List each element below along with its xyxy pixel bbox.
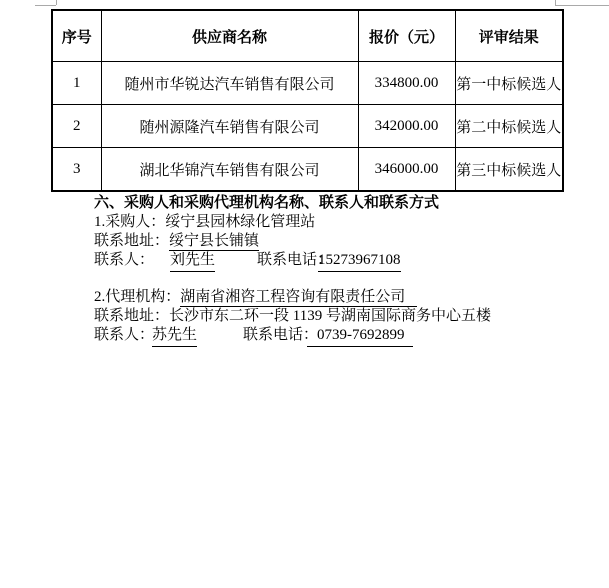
cell-price: 342000.00 bbox=[358, 105, 455, 148]
cell-supplier: 湖北华锦汽车销售有限公司 bbox=[101, 148, 358, 192]
table-row: 1 随州市华锐达汽车销售有限公司 334800.00 第一中标候选人 bbox=[52, 62, 563, 105]
purchaser-phone-number: 15273967108 bbox=[318, 251, 401, 272]
purchaser-contact-name: 刘先生 bbox=[170, 251, 215, 272]
cell-result: 第三中标候选人 bbox=[455, 148, 563, 192]
col-header-price: 报价（元） bbox=[358, 10, 455, 62]
agency-contact-line: 联系人： 苏先生 联系电话： 0739-7692899 bbox=[94, 326, 584, 345]
cell-price: 346000.00 bbox=[358, 148, 455, 192]
purchaser-name: 绥宁县园林绿化管理站 bbox=[165, 214, 315, 230]
text-boundary-mark-topleft-vertical bbox=[56, 0, 57, 5]
purchaser-address-line: 联系地址：绥宁县长铺镇 bbox=[94, 232, 584, 251]
agency-label: 2.代理机构： bbox=[94, 289, 180, 305]
bid-candidates-table: 序号 供应商名称 报价（元） 评审结果 1 随州市华锐达汽车销售有限公司 334… bbox=[51, 9, 564, 192]
text-boundary-mark-topright-horizontal bbox=[555, 5, 609, 6]
cell-serial: 1 bbox=[52, 62, 101, 105]
purchaser-contact-line: 联系人： 刘先生 联系电话： 15273967108 bbox=[94, 251, 584, 270]
col-header-result: 评审结果 bbox=[455, 10, 563, 62]
agency-address-label: 联系地址： bbox=[94, 308, 169, 324]
agency-address-line: 联系地址：长沙市东二环一段 1139 号湖南国际商务中心五楼 bbox=[94, 307, 584, 326]
text-boundary-mark-topleft-horizontal bbox=[35, 5, 56, 6]
table-row: 2 随州源隆汽车销售有限公司 342000.00 第二中标候选人 bbox=[52, 105, 563, 148]
agency-name-line: 2.代理机构：湖南省湘咨工程咨询有限责任公司 bbox=[94, 288, 584, 307]
purchaser-address-label: 联系地址： bbox=[94, 233, 169, 249]
cell-result: 第一中标候选人 bbox=[455, 62, 563, 105]
document-page: 序号 供应商名称 报价（元） 评审结果 1 随州市华锐达汽车销售有限公司 334… bbox=[0, 0, 609, 588]
cell-price: 334800.00 bbox=[358, 62, 455, 105]
col-header-supplier: 供应商名称 bbox=[101, 10, 358, 62]
agency-contact-label: 联系人： bbox=[94, 326, 154, 345]
cell-serial: 2 bbox=[52, 105, 101, 148]
table-row: 3 湖北华锦汽车销售有限公司 346000.00 第三中标候选人 bbox=[52, 148, 563, 192]
agency-contact-name: 苏先生 bbox=[152, 326, 197, 347]
agency-block: 2.代理机构：湖南省湘咨工程咨询有限责任公司 联系地址：长沙市东二环一段 113… bbox=[94, 288, 584, 345]
cell-result: 第二中标候选人 bbox=[455, 105, 563, 148]
table-header-row: 序号 供应商名称 报价（元） 评审结果 bbox=[52, 10, 563, 62]
agency-phone-number: 0739-7692899 bbox=[307, 326, 413, 347]
col-header-serial: 序号 bbox=[52, 10, 101, 62]
agency-address: 长沙市东二环一段 1139 号湖南国际商务中心五楼 bbox=[169, 308, 491, 324]
section-heading: 六、采购人和采购代理机构名称、联系人和联系方式 bbox=[94, 194, 584, 213]
text-boundary-mark-topright-vertical bbox=[555, 0, 556, 5]
purchaser-name-line: 1.采购人：绥宁县园林绿化管理站 bbox=[94, 213, 584, 232]
cell-supplier: 随州市华锐达汽车销售有限公司 bbox=[101, 62, 358, 105]
agency-name: 湖南省湘咨工程咨询有限责任公司 bbox=[180, 289, 417, 307]
contact-info-section: 六、采购人和采购代理机构名称、联系人和联系方式 1.采购人：绥宁县园林绿化管理站… bbox=[94, 194, 584, 345]
cell-serial: 3 bbox=[52, 148, 101, 192]
purchaser-contact-label: 联系人： bbox=[94, 251, 154, 270]
purchaser-label: 1.采购人： bbox=[94, 214, 165, 230]
purchaser-address: 绥宁县长铺镇 bbox=[169, 233, 259, 251]
cell-supplier: 随州源隆汽车销售有限公司 bbox=[101, 105, 358, 148]
